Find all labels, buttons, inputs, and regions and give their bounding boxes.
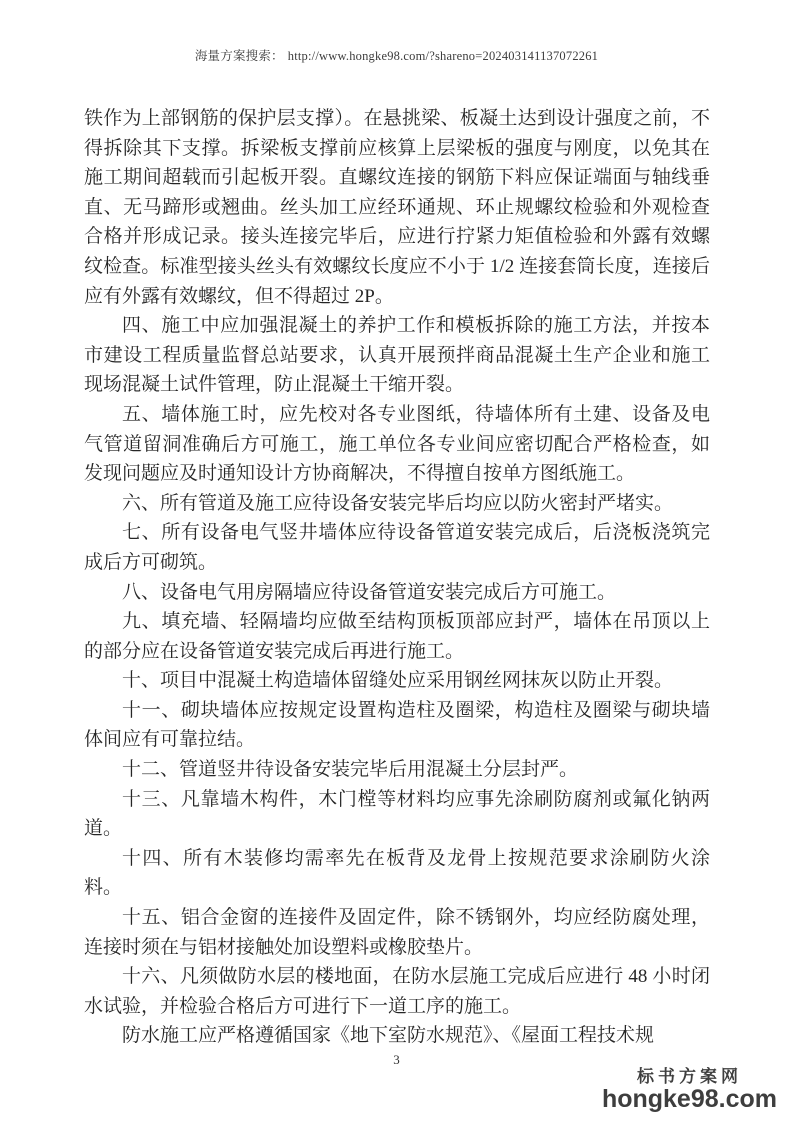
paragraph: 十三、凡靠墙木构件，木门樘等材料均应事先涂刷防腐剂或氟化钠两道。 (84, 785, 710, 844)
paragraph: 十四、所有木装修均需率先在板背及龙骨上按规范要求涂刷防火涂料。 (84, 844, 710, 903)
paragraph: 四、施工中应加强混凝土的养护工作和模板拆除的施工方法，并按本市建设工程质量监督总… (84, 311, 710, 400)
header-share-url: http://www.hongke98.com/?shareno=2024031… (288, 49, 598, 63)
paragraph: 九、填充墙、轻隔墙均应做至结构顶板顶部应封严，墙体在吊顶以上的部分应在设备管道安… (84, 607, 710, 666)
paragraph: 防水施工应严格遵循国家《地下室防水规范》、《屋面工程技术规 (84, 1021, 710, 1051)
paragraph: 十一、砌块墙体应按规定设置构造柱及圈梁，构造柱及圈梁与砌块墙体间应有可靠拉结。 (84, 696, 710, 755)
paragraph: 八、设备电气用房隔墙应待设备管道安装完成后方可施工。 (84, 578, 710, 608)
logo-title: 标书方案网 (602, 1067, 777, 1086)
page-number: 3 (0, 1052, 793, 1068)
paragraph: 十五、铝合金窗的连接件及固定件，除不锈钢外，均应经防腐处理，连接时须在与铝材接触… (84, 903, 710, 962)
paragraph: 六、所有管道及施工应待设备安装完毕后均应以防火密封严堵实。 (84, 489, 710, 519)
header-search-label: 海量方案搜索： (195, 49, 284, 63)
document-page: 海量方案搜索：http://www.hongke98.com/?shareno=… (0, 0, 793, 1122)
paragraph: 铁作为上部钢筋的保护层支撑）。在悬挑梁、板凝土达到设计强度之前，不得拆除其下支撑… (84, 104, 710, 311)
paragraph: 十、项目中混凝土构造墙体留缝处应采用钢丝网抹灰以防止开裂。 (84, 666, 710, 696)
paragraph: 七、所有设备电气竖井墙体应待设备管道安装完成后，后浇板浇筑完成后方可砌筑。 (84, 518, 710, 577)
site-logo: 标书方案网 hongke98.com (602, 1067, 777, 1112)
document-body: 铁作为上部钢筋的保护层支撑）。在悬挑梁、板凝土达到设计强度之前，不得拆除其下支撑… (84, 104, 710, 1051)
paragraph: 十二、管道竖井待设备安装完毕后用混凝土分层封严。 (84, 755, 710, 785)
page-header: 海量方案搜索：http://www.hongke98.com/?shareno=… (0, 46, 793, 64)
paragraph: 十六、凡须做防水层的楼地面，在防水层施工完成后应进行 48 小时闭水试验，并检验… (84, 962, 710, 1021)
paragraph: 五、墙体施工时，应先校对各专业图纸，待墙体所有土建、设备及电气管道留洞准确后方可… (84, 400, 710, 489)
logo-domain: hongke98.com (602, 1086, 777, 1112)
